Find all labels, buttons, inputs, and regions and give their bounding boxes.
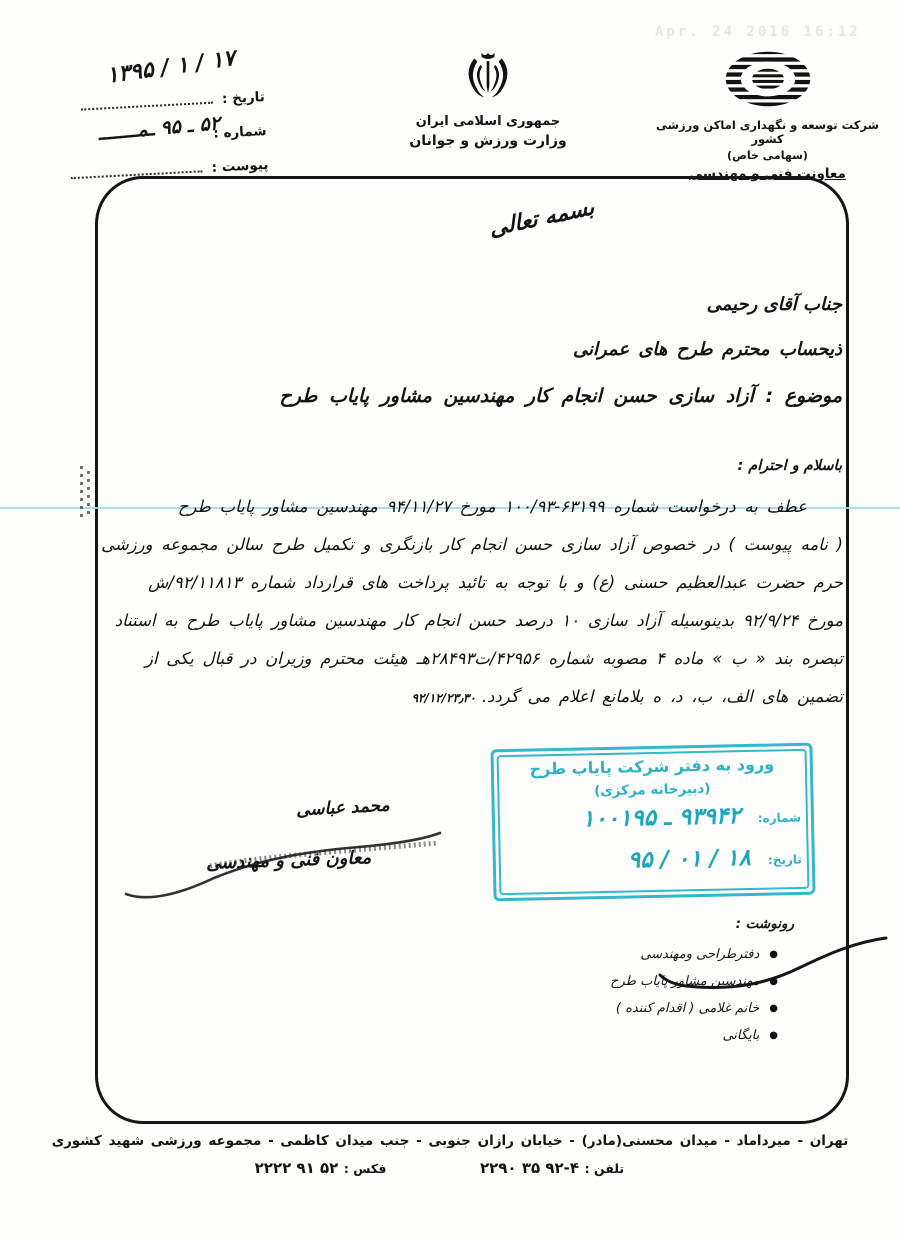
footer-address: تهران - میرداماد - میدان محسنی(مادر) - خ… <box>0 1133 900 1149</box>
entry-stamp: ورود به دفتر شرکت پایاب طرح (دبیرخانه مر… <box>490 743 815 902</box>
company-name: شرکت توسعه و نگهداری اماکن ورزشی کشور <box>645 118 890 146</box>
date-label: تاریخ : <box>222 89 266 107</box>
attachment-label: پیوست : <box>211 157 268 176</box>
body-line: حرم حضرت عبدالعظیم حسنی (ع) و با توجه به… <box>233 564 843 602</box>
company-type: (سهامی خاص) <box>645 149 890 162</box>
body-date-note: ۹۲/۱۲/۲۳٫۳۰ <box>412 691 476 705</box>
recipient-name: جناب آقای رحیمی <box>707 294 842 315</box>
recipient-title: ذیحساب محترم طرح های عمرانی <box>573 339 842 360</box>
subject-line: موضوع : آزاد سازی حسن انجام کار مهندسین … <box>280 385 842 407</box>
body-line: ( نامه پیوست ) در خصوص آزاد سازی حسن انج… <box>233 526 843 564</box>
handwritten-check-stroke <box>638 922 890 1002</box>
body-line: تضمین های الف، ب، د، ه بلامانع اعلام می … <box>233 678 843 717</box>
gov-line1: جمهوری اسلامی ایران <box>388 114 588 129</box>
fax-value: ۵۲ ۹۱ ۲۲۲۲ <box>255 1159 339 1177</box>
stamp-number-value: ۹۳۹۴۲ ـ ۱۰۰۱۹۵ <box>582 803 741 832</box>
stamp-number-label: شماره: <box>758 810 801 825</box>
scan-artifact-dots <box>87 471 90 515</box>
tel-value: ۴-۹۲ ۳۵ ۲۲۹۰ <box>480 1159 579 1177</box>
fax-timestamp: Apr. 24 2016 16:12 <box>655 24 861 40</box>
company-logo-icon <box>720 95 816 114</box>
cc-item: بایگانی <box>722 1028 759 1043</box>
cc-row: ● بایگانی <box>610 1025 778 1045</box>
scan-artifact-dots <box>80 466 83 518</box>
footer-fax: فکس : ۵۲ ۹۱ ۲۲۲۲ <box>218 1158 423 1177</box>
footer-telephone: تلفن : ۴-۹۲ ۳۵ ۲۲۹۰ <box>452 1158 652 1177</box>
scanned-letter-page: Apr. 24 2016 16:12 <box>0 0 900 1240</box>
signature-scribble <box>118 812 448 912</box>
company-letterhead: شرکت توسعه و نگهداری اماکن ورزشی کشور (س… <box>645 48 890 182</box>
body-line: عطف به درخواست شماره ۶۳۱۹۹-۱۰۰/۹۳ مورخ ۹… <box>233 488 843 526</box>
cc-item: خانم غلامی ( اقدام کننده ) <box>616 1001 759 1016</box>
stamp-date-label: تاریخ: <box>768 852 802 867</box>
gov-line2: وزارت ورزش و جوانان <box>388 133 588 149</box>
date-dotted-line <box>81 90 214 111</box>
letter-body: عطف به درخواست شماره ۶۳۱۹۹-۱۰۰/۹۳ مورخ ۹… <box>233 488 843 717</box>
government-letterhead: جمهوری اسلامی ایران وزارت ورزش و جوانان <box>388 48 588 149</box>
stamp-date-value: ۱۸ / ۰۱ / ۹۵ <box>628 845 752 874</box>
salutation: باسلام و احترام : <box>737 458 842 474</box>
handwritten-date: ۱۷ / ۱ / ۱۳۹۵ <box>105 46 237 89</box>
bullet-icon: ● <box>769 1030 778 1041</box>
fax-label: فکس : <box>344 1161 386 1176</box>
body-line: تبصره بند « ب » ماده ۴ مصوبه شماره ۴۲۹۵۶… <box>233 640 843 678</box>
iran-emblem-icon <box>457 93 519 112</box>
tel-label: تلفن : <box>585 1161 624 1176</box>
number-label: شماره : <box>213 123 267 142</box>
bullet-icon: ● <box>769 1003 778 1014</box>
body-line: مورخ ۹۲/۹/۲۴ بدینوسیله آزاد سازی ۱۰ درصد… <box>233 602 843 640</box>
